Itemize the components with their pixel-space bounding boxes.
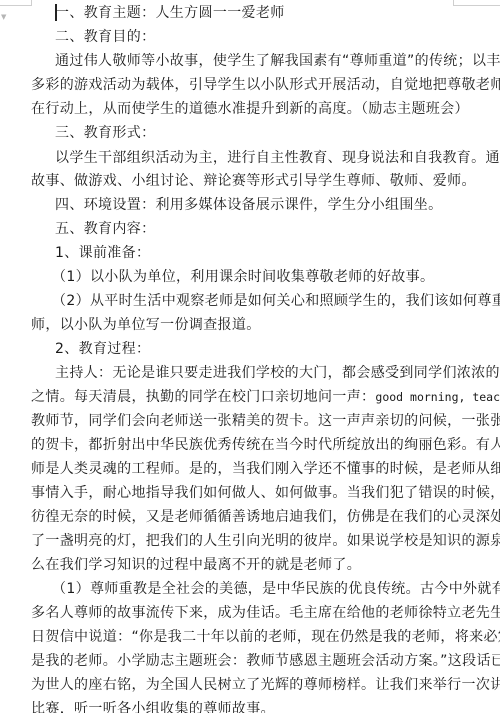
page-crop-mark-top-right bbox=[453, 0, 500, 6]
paragraph-line: 之情。每天清晨，执勤的同学在校门口亲切地问一声：good morning, te… bbox=[31, 388, 500, 406]
heading-preparation: 1、课前准备： bbox=[55, 244, 150, 262]
heading-form: 三、教育形式： bbox=[55, 124, 155, 142]
paragraph-line: 师是人类灵魂的工程师。是的，当我们刚入学还不懂事的时候，是老师从细小的 bbox=[31, 460, 500, 478]
paragraph-line: 的贺卡，都折射出中华民族优秀传统在当今时代所绽放出的绚丽色彩。有人说教 bbox=[31, 436, 500, 454]
english-greeting: good morning, teacher. bbox=[375, 390, 500, 404]
list-item: （1）以小队为单位，利用课余时间收集尊敬老师的好故事。 bbox=[52, 268, 434, 286]
paragraph-line: 以学生干部组织活动为主，进行自主性教育、现身说法和自我教育。通过讲 bbox=[55, 149, 500, 167]
paragraph-line: 为世人的座右铭，为全国人民树立了光辉的尊师榜样。让我们来举行一次讲故事 bbox=[31, 676, 500, 694]
paragraph-line: 多名人尊师的故事流传下来，成为佳话。毛主席在给他的老师徐特立老先生的生 bbox=[31, 604, 500, 622]
paragraph-line: 比赛，听一听各小组收集的尊师故事。 bbox=[31, 700, 275, 713]
paragraph-line: 主持人：无论是谁只要走进我们学校的大门，都会感受到同学们浓浓的尊师 bbox=[55, 364, 500, 382]
paragraph-line: 多彩的游戏活动为载体，引导学生以小队形式开展活动，自觉地把尊敬老师落实 bbox=[31, 76, 500, 94]
paragraph-line: 日贺信中说道：“你是我二十年以前的老师，现在仍然是我的老师，将来必定还 bbox=[31, 628, 500, 646]
paragraph-line: 事情入手，耐心地指导我们如何做人、如何做事。当我们犯了错误的时候，或是 bbox=[31, 484, 500, 502]
paragraph-line: 彷徨无奈的时候，又是老师循循善诱地启迪我们，仿佛是在我们的心灵深处点燃 bbox=[31, 508, 500, 526]
heading-theme: 一、教育主题：人生方圆一一爱老师 bbox=[55, 4, 285, 22]
page-crop-mark-top-left bbox=[0, 0, 32, 6]
heading-purpose: 二、教育目的： bbox=[55, 28, 155, 46]
paragraph-line: 故事、做游戏、小组讨论、辩论赛等形式引导学生尊师、敬师、爱师。 bbox=[31, 172, 476, 190]
list-item: （2）从平时生活中观察老师是如何关心和照顾学生的，我们该如何尊重老 bbox=[52, 292, 500, 310]
paragraph-line: 通过伟人敬师等小故事，使学生了解我国素有“尊师重道”的传统；以丰富 bbox=[55, 52, 500, 70]
paragraph-line: 教师节，同学们会向老师送一张精美的贺卡。这一声声亲切的问候，一张张美丽 bbox=[31, 412, 500, 430]
paragraph-line: （1）尊师重教是全社会的美德，是中华民族的优良传统。古今中外就有许 bbox=[52, 580, 500, 598]
paragraph-text: 之情。每天清晨，执勤的同学在校门口亲切地问一声： bbox=[31, 389, 375, 405]
heading-process: 2、教育过程： bbox=[55, 340, 150, 358]
paragraph-line: 么在我们学习知识的过程中最离不开的就是老师了。 bbox=[31, 556, 361, 574]
list-item-continuation: 师，以小队为单位写一份调查报道。 bbox=[31, 316, 261, 334]
paragraph-line: 在行动上，从而使学生的道德水准提升到新的高度。（励志主题班会） bbox=[31, 100, 469, 118]
paragraph-line: 了一盏明亮的灯，把我们的人生引向光明的彼岸。如果说学校是知识的源泉，那 bbox=[31, 532, 500, 550]
paragraph-line: 是我的老师。小学励志主题班会：教师节感恩主题班会活动方案。”这段话已成 bbox=[31, 652, 500, 670]
heading-environment: 四、环境设置：利用多媒体设备展示课件，学生分小组围坐。 bbox=[55, 196, 442, 214]
heading-content: 五、教育内容： bbox=[55, 220, 155, 238]
paragraph-marker-icon: ▼ bbox=[1, 13, 6, 21]
